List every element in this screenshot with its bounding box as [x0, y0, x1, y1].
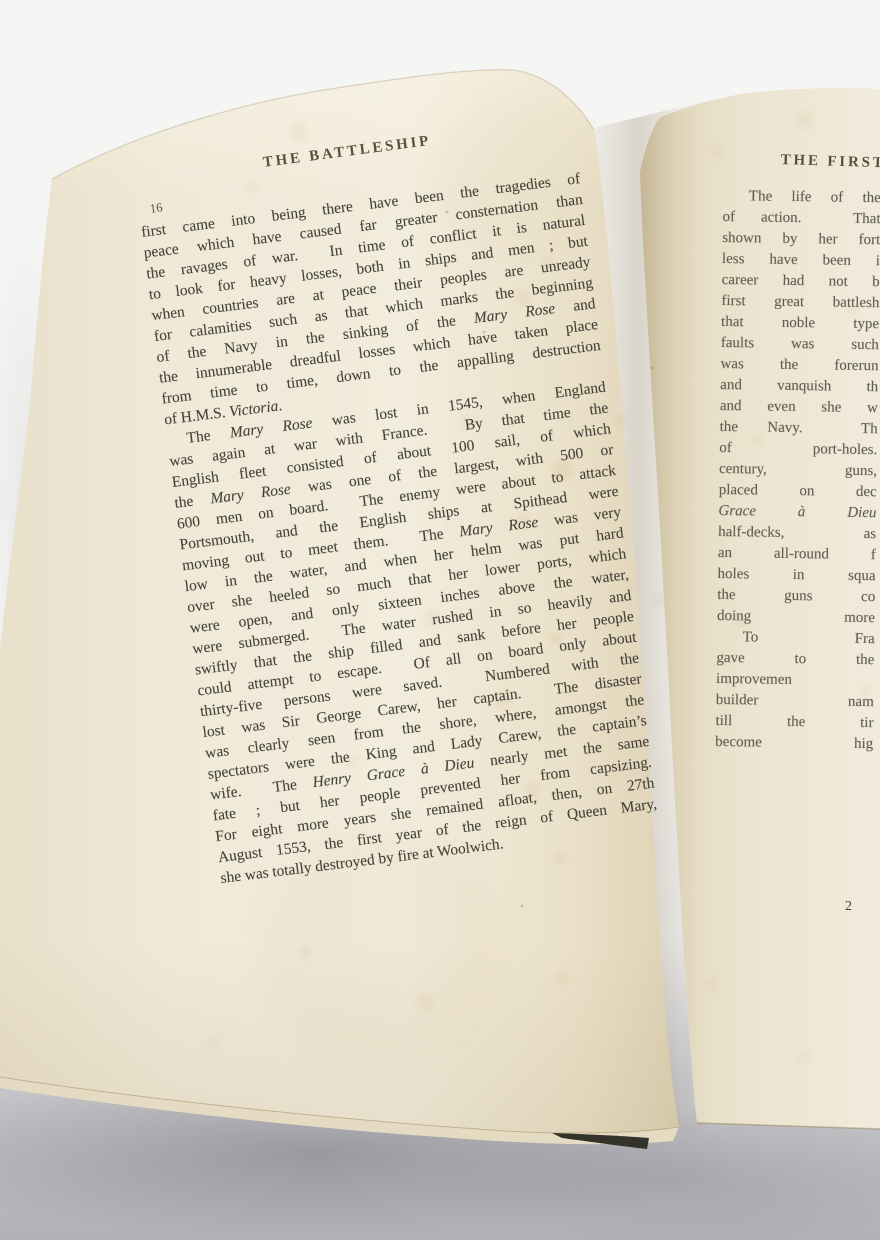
text-line: faults was such — [721, 333, 879, 356]
text-line: till the tir — [715, 711, 873, 734]
text: half-decks, as — [718, 524, 876, 542]
text-line: of action. That — [722, 207, 880, 230]
text: doing more — [717, 608, 875, 626]
text: was the forerun — [720, 356, 878, 374]
text-line: builder nam — [716, 690, 874, 713]
text: become hig — [715, 734, 873, 752]
left-page-text: first came into being there have been th… — [140, 168, 661, 889]
text-line: the guns co — [717, 585, 875, 608]
text: gave to the — [716, 650, 874, 668]
left-page-number: 16 — [149, 200, 163, 217]
text: the — [174, 491, 212, 512]
text: that noble type — [721, 314, 879, 332]
text: To Fra — [743, 629, 875, 647]
text: builder nam — [716, 692, 874, 710]
text-line: an all-round f — [718, 543, 876, 566]
text-line: improvemen — [716, 669, 874, 692]
text: faults was such — [721, 335, 879, 353]
text-line: the Navy. Th — [719, 417, 877, 440]
text: the guns co — [717, 587, 875, 605]
text: holes in squa — [717, 566, 875, 584]
text-line: career had not b — [722, 270, 880, 293]
book-photo: 16 THE BATTLESHIP first came into being … — [0, 0, 880, 1240]
text-line: holes in squa — [717, 564, 875, 587]
text: and even she w — [720, 398, 878, 416]
text: first great battlesh — [721, 293, 879, 311]
text: improvemen — [716, 671, 792, 688]
text-line: half-decks, as — [718, 522, 876, 545]
text: The life of the — [749, 188, 880, 206]
text: career had not b — [722, 272, 880, 290]
text: till the tir — [715, 713, 873, 731]
text-line: shown by her fort — [722, 228, 880, 251]
text: placed on dec — [719, 482, 877, 500]
text-line: To Fra — [717, 627, 875, 650]
text-line: The life of the — [723, 186, 880, 209]
text: of port-holes. — [719, 440, 877, 458]
text-line: first great battlesh — [721, 291, 879, 314]
text: shown by her fort — [722, 230, 880, 248]
text: . — [277, 397, 283, 414]
text: the Navy. Th — [720, 419, 878, 437]
right-page-header: THE FIRST — [780, 152, 880, 172]
text-line: doing more — [717, 606, 875, 629]
text-line: become hig — [715, 732, 873, 755]
italic-text: Grace à Dieu — [718, 503, 876, 521]
text: of action. That — [722, 209, 880, 227]
text-line: Grace à Dieu — [718, 501, 876, 524]
text-line: that noble type — [721, 312, 879, 335]
text-line: placed on dec — [719, 480, 877, 503]
text-line: and vanquish th — [720, 375, 878, 398]
text: century, guns, — [719, 461, 877, 479]
text-line: less have been i — [722, 249, 880, 272]
text-line: gave to the — [716, 648, 874, 671]
text: an all-round f — [718, 545, 876, 563]
right-page-number: 2 — [845, 899, 852, 915]
text-line: and even she w — [720, 396, 878, 419]
text: and — [554, 295, 596, 317]
text-line: of port-holes. — [719, 438, 877, 461]
right-page-text: The life of theof action. Thatshown by h… — [715, 186, 880, 755]
text-line: century, guns, — [719, 459, 877, 482]
text: and vanquish th — [720, 377, 878, 395]
text: less have been i — [722, 251, 880, 269]
text-line: was the forerun — [720, 354, 878, 377]
